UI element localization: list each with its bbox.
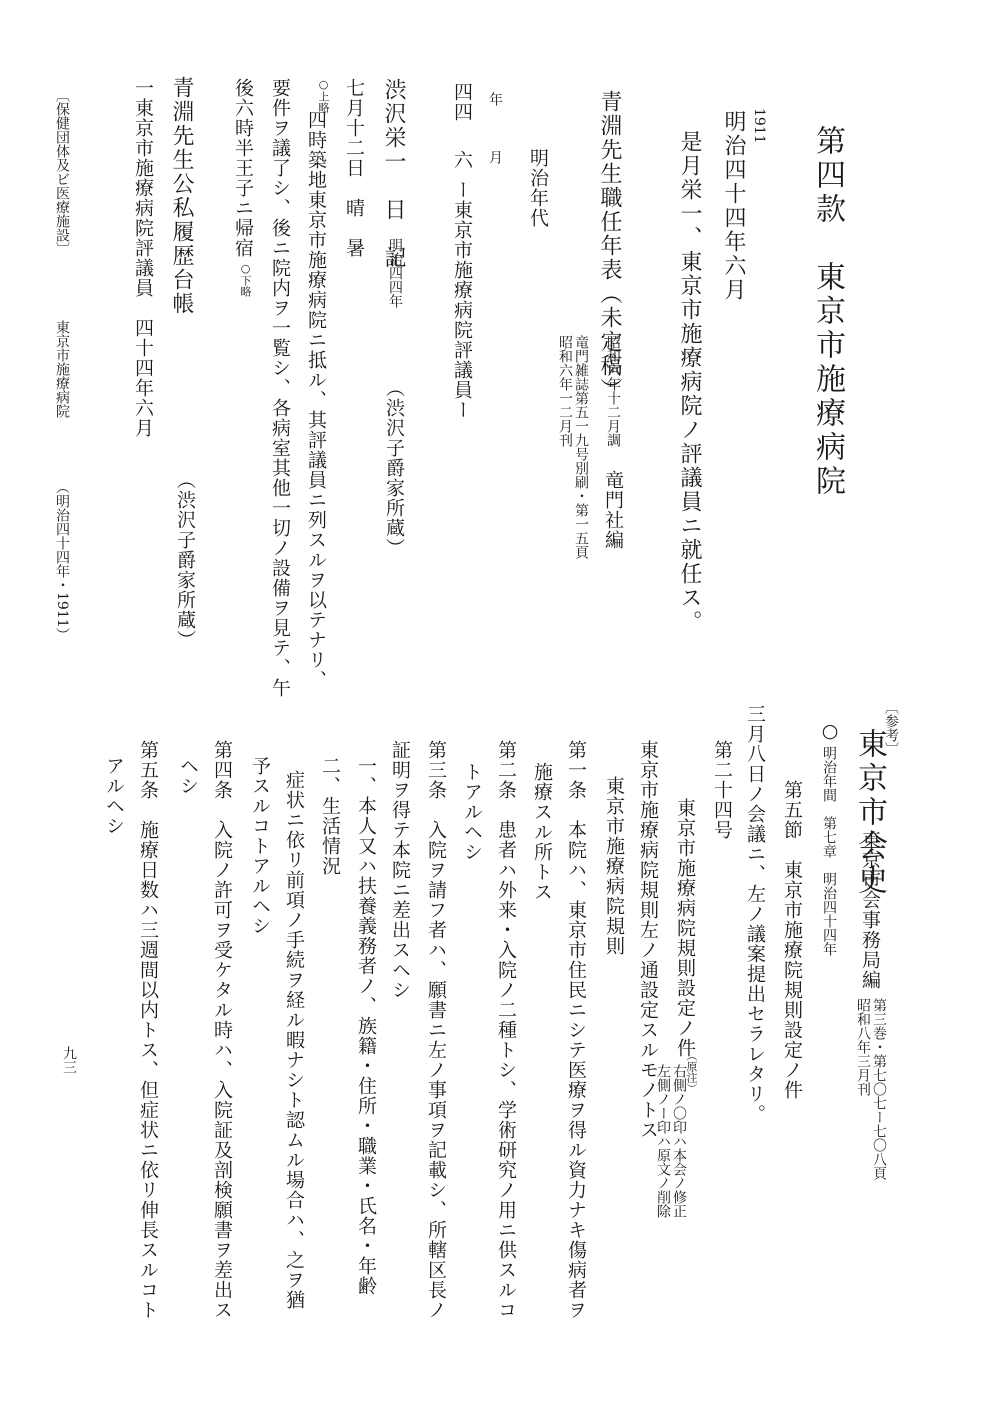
reference-chapter: 明治年間 第七章 明治四十四年 [822, 746, 836, 956]
entry-summary: 是月栄一、東京市施療病院ノ評議員ニ就任ス。 [678, 130, 700, 634]
diary-line: 要件ヲ議了シ、後ニ院内ヲ一覧シ、各病室其他一切ノ設備ヲ見テ、午 [270, 78, 289, 698]
table-row-year: 四四 [452, 82, 471, 122]
source-compiled: 昭和六年十二月調 [606, 335, 620, 447]
diary-line: 後六時半王子ニ帰宿 [233, 78, 252, 258]
diary-line: 四時築地東京市施療病院ニ抵ル、其評議員ニ列スルヲ以テナリ、 [306, 110, 325, 690]
article-line: 第二条 患者ハ外来・入院ノ二種トシ、学術研究ノ用ニ供スルコ [496, 740, 515, 1320]
reference-meeting: 三月八日ノ会議ニ、左ノ議案提出セラレタリ。 [745, 704, 764, 1124]
omit-after: ○下略 [240, 262, 251, 297]
article-line: 一、本人又ハ扶養義務者ノ、族籍・住所・職業・氏名・年齢 [356, 756, 375, 1296]
rules-title: 東京市施療病院規則 [604, 776, 623, 956]
reference-volume-date: 昭和八年三月刊 [856, 998, 870, 1096]
enact-line: 東京市施療病院規則左ノ通設定スルモノトス [638, 740, 657, 1140]
page-number: 九三 [62, 1046, 76, 1074]
article-line: 二、生活情況 [320, 756, 339, 876]
article-line: 第一条 本院ハ、東京市住民ニシテ医療ヲ得ル資力ナキ傷病者ヲ [566, 740, 585, 1320]
omit-before: ○上略 [318, 78, 329, 113]
diary-date: 七月十二日 晴 暑 [344, 78, 363, 258]
table-row-text: ー東京市施療病院評議員ー [452, 180, 471, 420]
era-label: 明治年代 [528, 148, 547, 228]
source-editor: 竜門社編 [603, 470, 622, 550]
article-line: 証明ヲ得テ本院ニ差出スヘシ [390, 740, 409, 1000]
ledger-line: 一東京市施療病院評議員 四十四年六月 [133, 78, 152, 438]
marker-circle: ○ [820, 720, 839, 743]
bill-number: 第二十四号 [712, 740, 731, 840]
section-heading: 第四款 東京市施療病院 [812, 125, 842, 499]
article-line: 第三条 入院ヲ請フ者ハ、願書ニ左ノ事項ヲ記載シ、所轄区長ノ [426, 740, 445, 1320]
article-line: トアルヘシ [462, 762, 481, 862]
reference-section: 第五節 東京市施療院規則設定ノ件 [782, 780, 801, 1100]
note-line: 右側ノ〇印ハ本会ノ修正 [672, 1064, 686, 1218]
year-western: 1911 [752, 108, 766, 144]
article-line: 第五条 施療日数ハ三週間以内トス、但症状ニ依リ伸長スルコト [138, 740, 157, 1320]
source-publication: 竜門雑誌第五一九号別刷・第一五頁 [574, 335, 588, 559]
ledger-holder: （渋沢子爵家所蔵） [175, 470, 194, 650]
article-line: 施療スル所トス [532, 762, 551, 902]
footer-section: 〔保健団体及ビ医療施設〕 [55, 88, 69, 256]
reference-volume: 第三巻・第七〇七ー七〇八頁 [872, 998, 886, 1180]
bill-title: 東京市施療病院規則設定ノ件 [675, 798, 694, 1058]
diary-holder: （渋沢子爵家所蔵） [384, 378, 403, 558]
article-line: ヘシ [178, 756, 197, 796]
reference-editor: 東京市会事務局編 [860, 830, 879, 990]
diary-year: 明治四四年 [388, 238, 402, 308]
entry-date: 明治四十四年六月 [722, 110, 744, 302]
ledger-title: 青淵先生公私履歴台帳 [170, 76, 192, 316]
table-header-year: 年 [488, 92, 502, 106]
article-line: 予スルコトアルヘシ [250, 756, 269, 936]
footer-title: 東京市施療病院 [55, 320, 69, 418]
table-row-month: 六 [452, 150, 471, 170]
source-publication-date: 昭和六年一二月刊 [558, 335, 572, 447]
note-label: （原注） [686, 1050, 697, 1094]
footer-date: （明治四十四年・1911） [55, 480, 69, 642]
article-line: 第四条 入院ノ許可ヲ受ケタル時ハ、入院証及剖検願書ヲ差出ス [212, 740, 231, 1320]
article-line: 症状ニ依リ前項ノ手続ヲ経ル暇ナシト認ムル場合ハ、之ヲ猶 [284, 770, 303, 1310]
article-line: アルヘシ [104, 756, 123, 836]
table-header-month: 月 [488, 150, 502, 164]
